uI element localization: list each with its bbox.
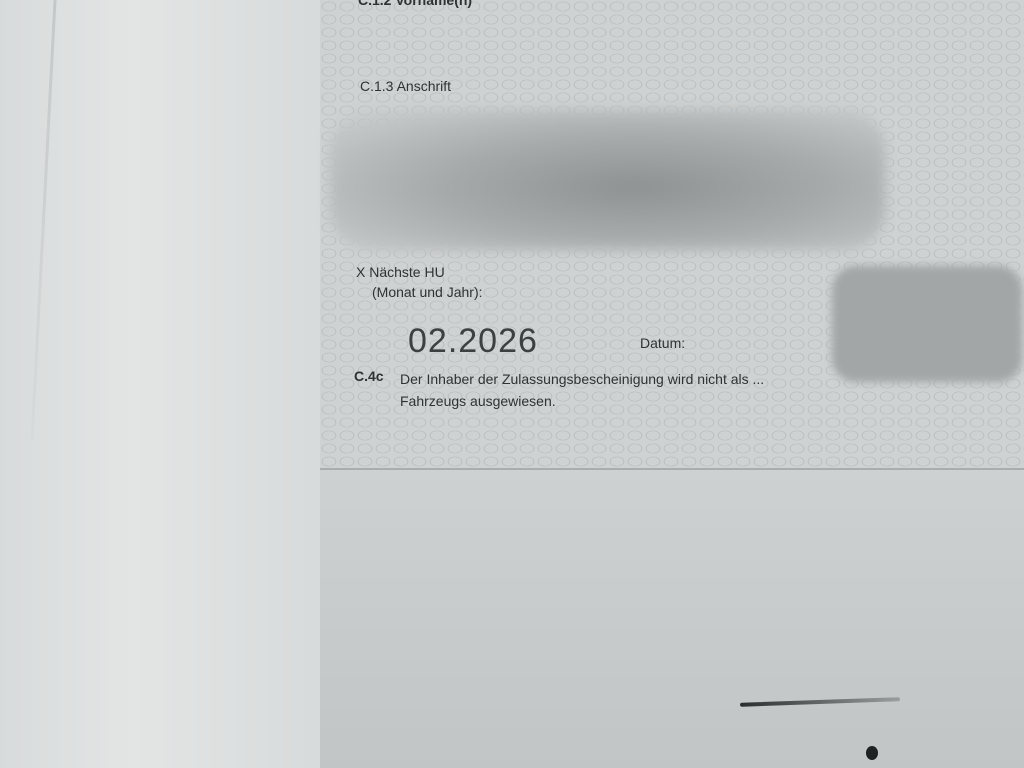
c4c-text: Der Inhaber der Zulassungsbescheinigung … bbox=[400, 368, 830, 412]
address-redaction-blur bbox=[330, 110, 885, 250]
lower-paper-area bbox=[320, 470, 1024, 768]
date-redaction-blur bbox=[832, 266, 1022, 382]
next-inspection-label-line1: X Nächste HU bbox=[356, 262, 483, 282]
c4c-text-line2: Fahrzeugs ausgewiesen. bbox=[400, 390, 830, 412]
date-label: Datum: bbox=[640, 335, 685, 351]
next-inspection-label-line2: (Monat und Jahr): bbox=[356, 282, 483, 302]
cut-off-heading: C.1.2 Vorname(n) bbox=[358, 0, 472, 8]
c4c-code: C.4c bbox=[354, 368, 384, 384]
next-inspection-label: X Nächste HU (Monat und Jahr): bbox=[356, 262, 483, 302]
ink-dot bbox=[866, 746, 878, 760]
address-label: C.1.3 Anschrift bbox=[360, 78, 451, 94]
c4c-text-line1: Der Inhaber der Zulassungsbescheinigung … bbox=[400, 368, 830, 390]
next-inspection-value: 02.2026 bbox=[408, 322, 538, 361]
